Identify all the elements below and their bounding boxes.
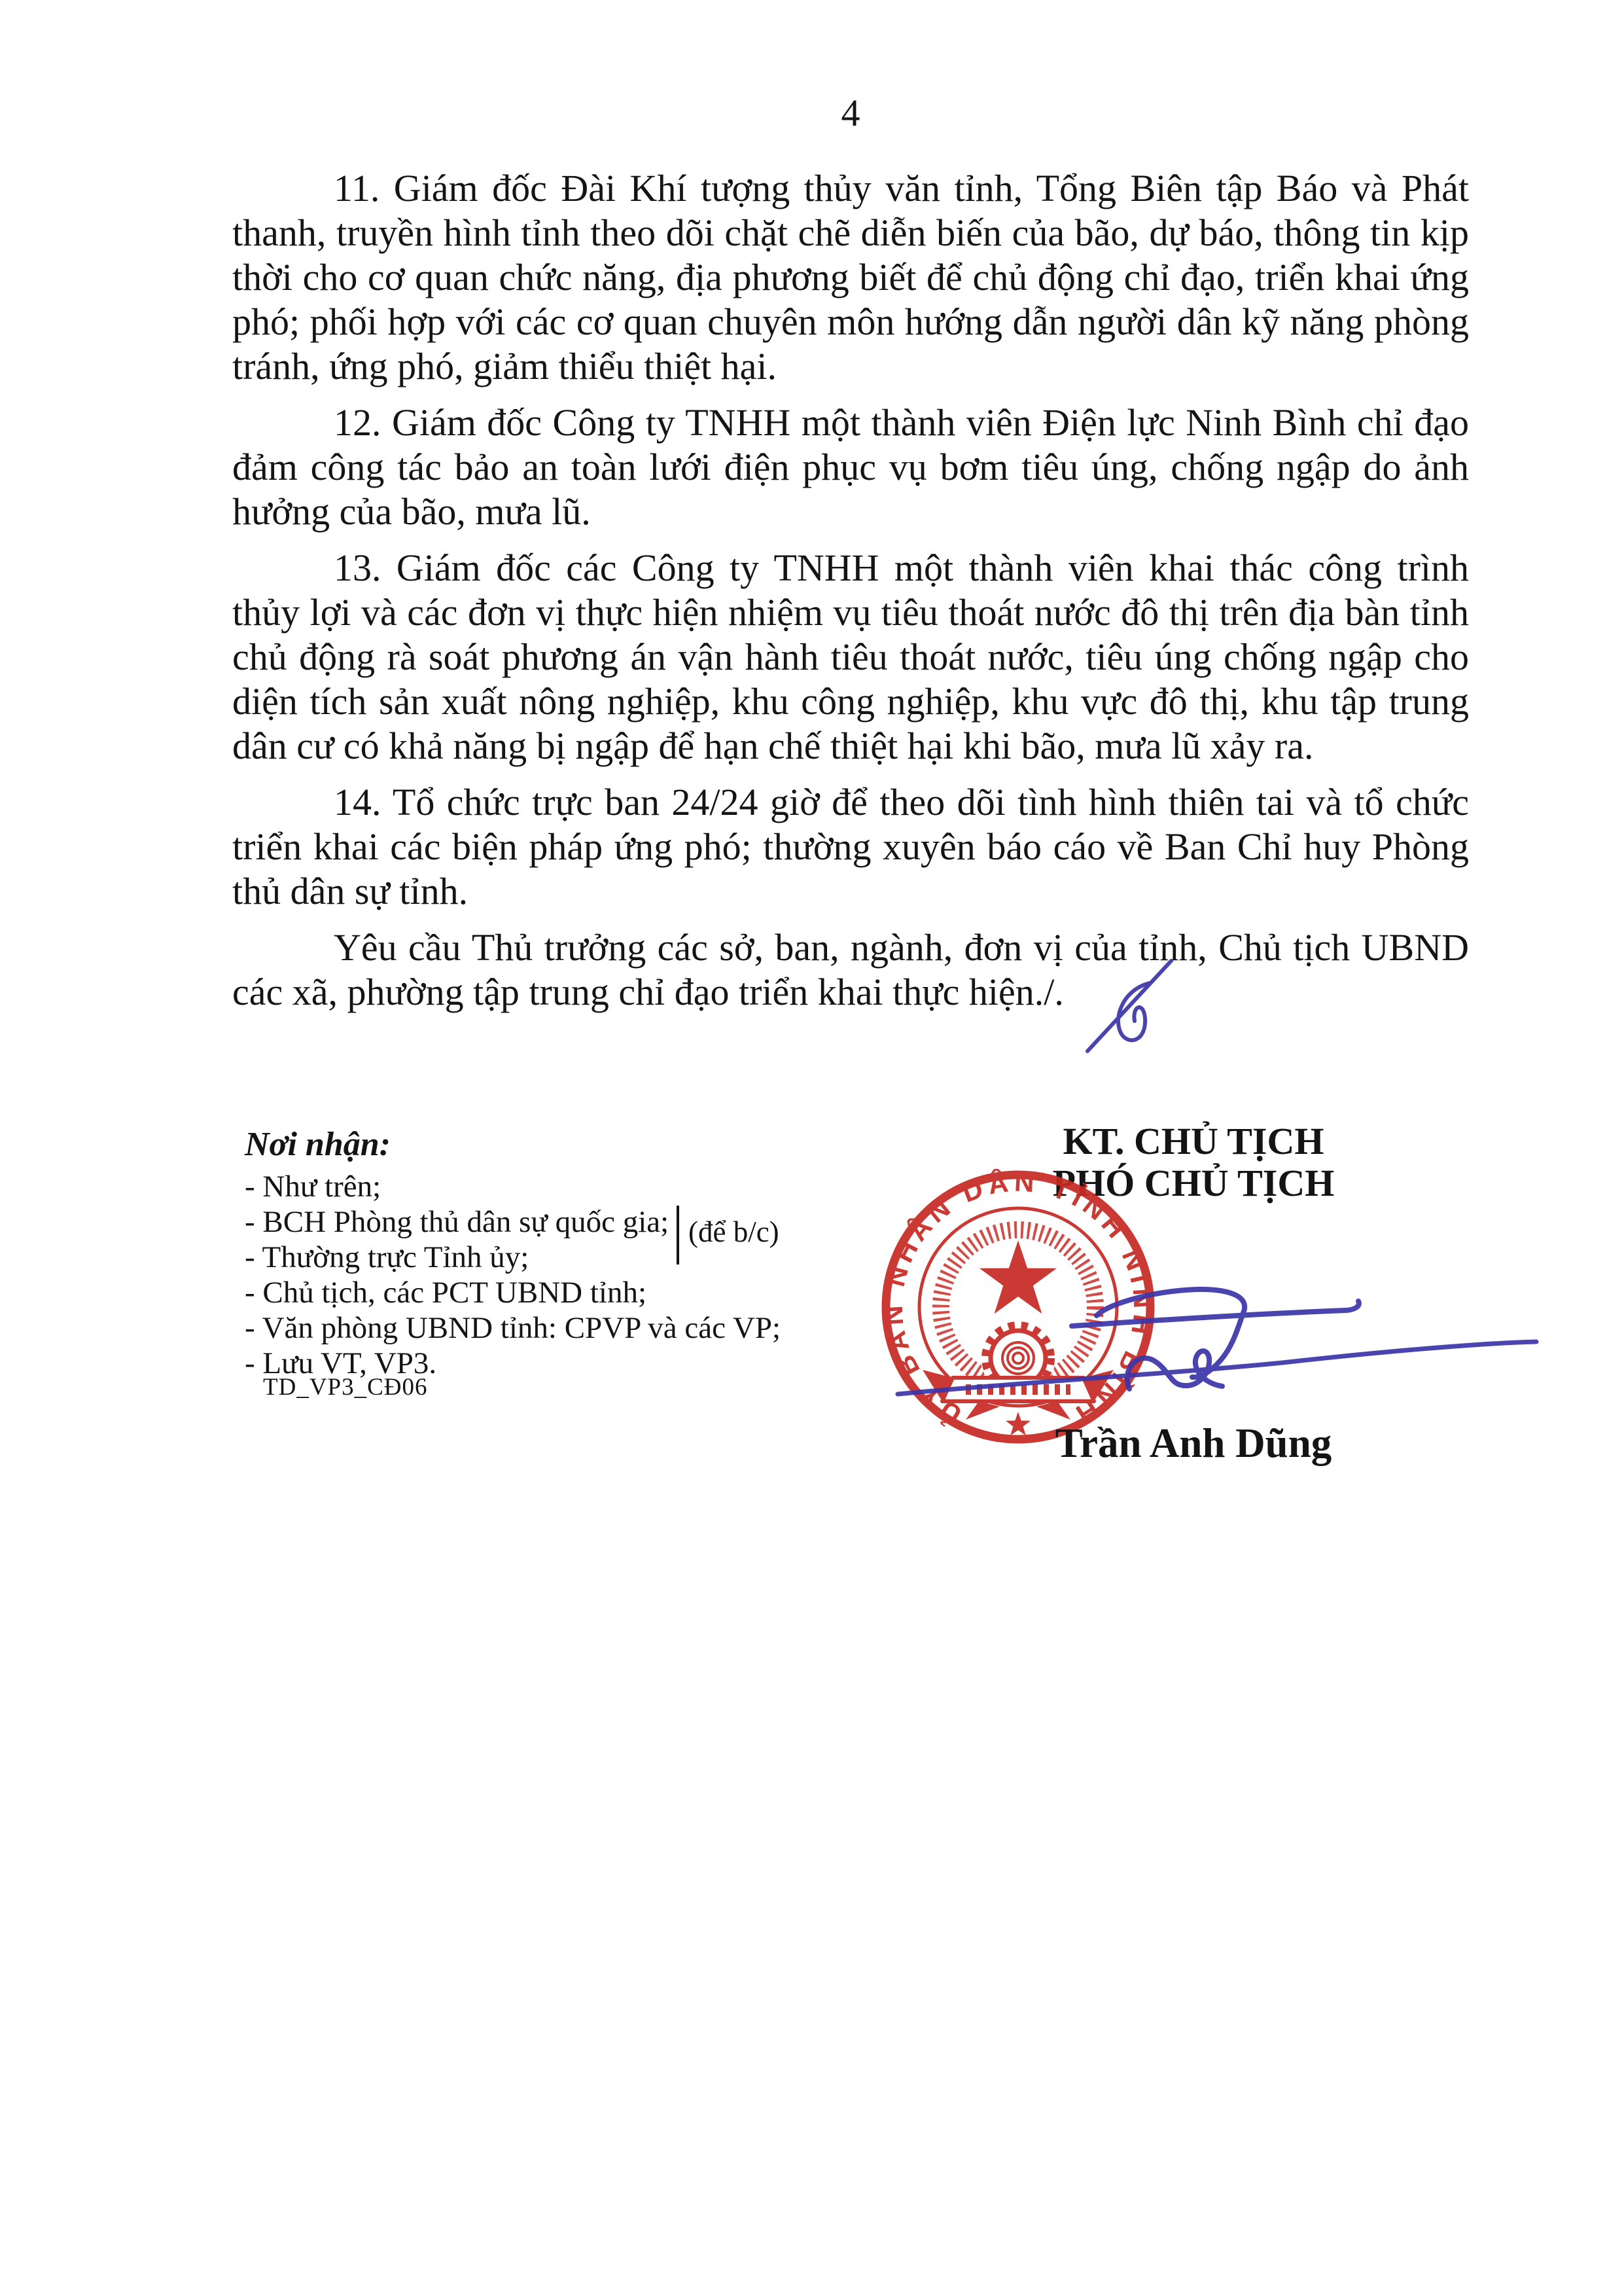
paragraph-13: 13. Giám đốc các Công ty TNHH một thành … <box>232 546 1469 768</box>
recipient-item: - Thường trực Tỉnh ủy; <box>245 1240 886 1275</box>
recipient-item: - Văn phòng UBND tỉnh: CPVP và các VP; <box>245 1310 886 1346</box>
document-body: 11. Giám đốc Đài Khí tượng thủy văn tỉnh… <box>232 166 1469 1026</box>
recipients-title: Nơi nhận: <box>245 1126 886 1164</box>
handwritten-signature <box>890 1263 1583 1420</box>
recipients-block: Nơi nhận: - Như trên; - BCH Phòng thủ dâ… <box>245 1126 886 1381</box>
bc-note: (để b/c) <box>688 1215 779 1249</box>
signature-initial-icon <box>1073 954 1184 1066</box>
paragraph-14: 14. Tổ chức trực ban 24/24 giờ để theo d… <box>232 780 1469 914</box>
signing-authority-line1: KT. CHỦ TỊCH <box>919 1121 1468 1162</box>
bc-brace-bar <box>677 1206 679 1265</box>
recipient-item: - Chủ tịch, các PCT UBND tỉnh; <box>245 1275 886 1310</box>
document-code: TD_VP3_CĐ06 <box>263 1373 428 1401</box>
signer-name: Trần Anh Dũng <box>919 1420 1468 1466</box>
paragraph-11: 11. Giám đốc Đài Khí tượng thủy văn tỉnh… <box>232 166 1469 389</box>
page-number: 4 <box>232 93 1469 134</box>
closing-paragraph: Yêu cầu Thủ trưởng các sở, ban, ngành, đ… <box>232 925 1469 1014</box>
document-page: 4 11. Giám đốc Đài Khí tượng thủy văn tỉ… <box>0 0 1624 2296</box>
recipient-item: - Như trên; <box>245 1169 886 1204</box>
recipient-item: - BCH Phòng thủ dân sự quốc gia; <box>245 1204 886 1240</box>
paragraph-12: 12. Giám đốc Công ty TNHH một thành viên… <box>232 401 1469 534</box>
